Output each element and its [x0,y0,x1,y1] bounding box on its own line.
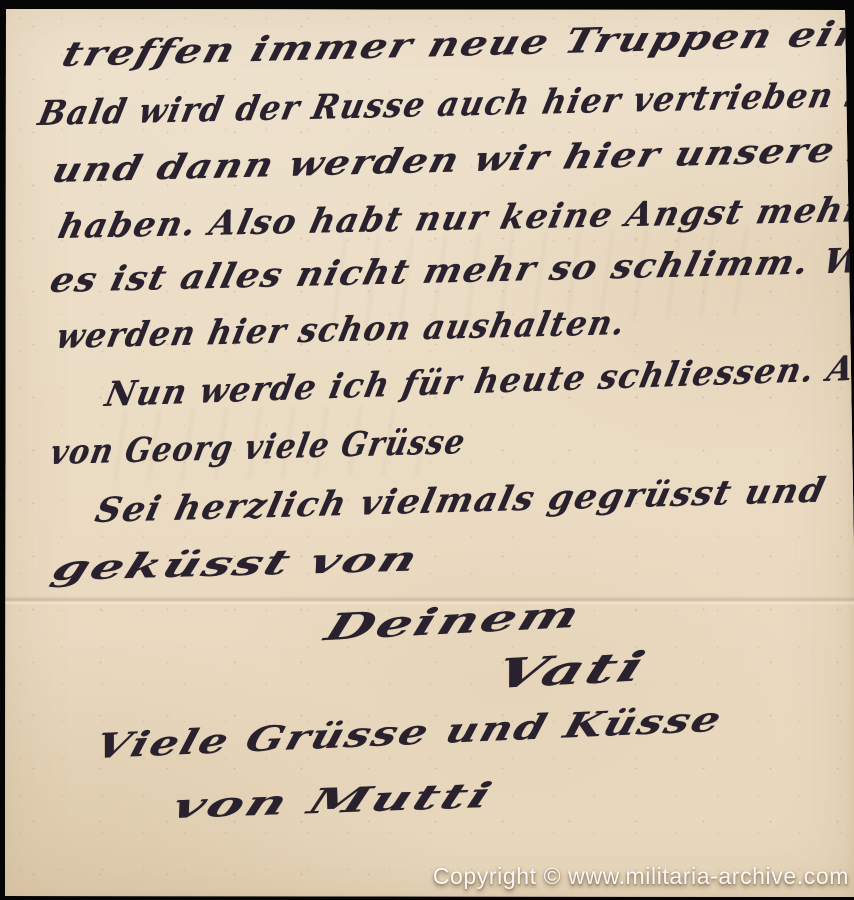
letter-paper: treffen immer neue Truppen ein. Bald wir… [0,0,854,900]
handwriting-line: werden hier schon aushalten. [53,304,630,357]
signature: Vati [489,644,653,699]
handwriting-line: Sei herzlich vielmals gegrüsst und [91,471,829,531]
scan-border-frame: treffen immer neue Truppen ein. Bald wir… [0,0,854,900]
handwriting-line: treffen immer neue Truppen ein. [58,14,854,75]
handwriting-line postscript: Viele Grüsse und Küsse [91,700,727,767]
handwriting-line: Nun werde ich für heute schliessen. Auch [102,347,854,415]
handwriting-line postscript: von Mutti [166,777,499,828]
copyright-watermark: Copyright © www.militaria-archive.com [433,863,849,890]
handwriting-line: geküsst von [47,540,425,589]
handwriting-line: Bald wird der Russe auch hier vertrieben… [35,75,854,134]
handwriting-line: und dann werden wir hier unsere Ruhe [48,128,854,191]
